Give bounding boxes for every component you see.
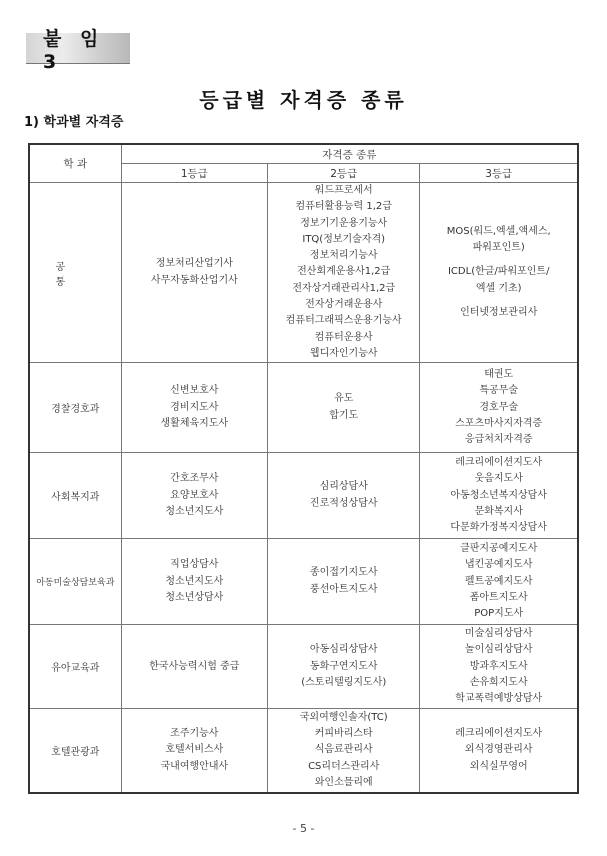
certificate-name: 클판지공예지도사 xyxy=(422,541,575,557)
certificate-name: 사무자동화산업기사 xyxy=(124,273,265,289)
certificate-name: 청소년지도사 xyxy=(124,504,265,520)
certificate-name: 유도 xyxy=(270,391,417,407)
header-grade-2: 2등급 xyxy=(268,164,420,183)
certificate-name: 경비지도사 xyxy=(124,400,265,416)
certificate-name: 국외여행인솔자(TC) xyxy=(270,710,417,726)
certificate-name: 다문화가정복지상담사 xyxy=(422,520,575,536)
certificate-name: 컴퓨터활용능력 1,2급 xyxy=(270,199,417,215)
certificate-name: 응급처치자격증 xyxy=(422,432,575,448)
grade-2-cell: 심리상담사진로적성상담사 xyxy=(268,453,420,539)
grade-3-cell: 태권도특공무술경호무술스포츠마사지자격증응급처치자격증 xyxy=(420,363,578,453)
section-heading: 1) 학과별 자격증 xyxy=(24,111,123,130)
certificate-name: 레크리에이션지도사 xyxy=(422,726,575,742)
certificate-name: 냅킨공예지도사 xyxy=(422,557,575,573)
page-title: 등급별 자격증 종류 xyxy=(0,84,607,113)
certificate-name: 아동청소년복지상담사 xyxy=(422,488,575,504)
header-department: 학 과 xyxy=(29,144,121,183)
department-cell: 아동미술상담보육과 xyxy=(29,539,121,625)
department-cell: 공 통 xyxy=(29,183,121,363)
certificate-name: 조주기능사 xyxy=(124,726,265,742)
certificate-name: 풍선아트지도사 xyxy=(270,582,417,598)
table-row: 호텔관광과조주기능사호텔서비스사국내여행안내사국외여행인솔자(TC)커피바리스타… xyxy=(29,709,578,793)
attachment-badge: 붙 임 3 xyxy=(26,33,130,64)
certificate-name: 직업상담사 xyxy=(124,557,265,573)
grade-3-cell: 미술심리상담사놀이심리상담사방과후지도사손유희지도사학교폭력예방상담사 xyxy=(420,625,578,709)
certificate-name: 합기도 xyxy=(270,408,417,424)
certificate-name: MOS(워드,엑셀,액세스, xyxy=(422,224,575,240)
certificate-name: 국내여행안내사 xyxy=(124,759,265,775)
table-row: 아동미술상담보육과직업상담사청소년지도사청소년상담사종이접기지도사풍선아트지도사… xyxy=(29,539,578,625)
certificate-name: 청소년지도사 xyxy=(124,574,265,590)
certificate-name: 폼아트지도사 xyxy=(422,590,575,606)
certificate-name: 한국사능력시험 중급 xyxy=(124,659,265,675)
certificate-name: 청소년상담사 xyxy=(124,590,265,606)
certificate-name: (스토리텔링지도사) xyxy=(270,675,417,691)
table-row: 공 통정보처리산업기사사무자동화산업기사워드프로세서컴퓨터활용능력 1,2급정보… xyxy=(29,183,578,363)
grade-1-cell: 한국사능력시험 중급 xyxy=(121,625,267,709)
table-row: 유아교육과한국사능력시험 중급아동심리상담사동화구연지도사(스토리텔링지도사)미… xyxy=(29,625,578,709)
header-certificate-types: 자격증 종류 xyxy=(121,144,578,164)
header-grade-3: 3등급 xyxy=(420,164,578,183)
certificate-name: ITQ(정보기술자격) xyxy=(270,232,417,248)
grade-1-cell: 신변보호사경비지도사생활체육지도사 xyxy=(121,363,267,453)
grade-1-cell: 간호조무사요양보호사청소년지도사 xyxy=(121,453,267,539)
header-grade-1: 1등급 xyxy=(121,164,267,183)
certificate-name: 스포츠마사지자격증 xyxy=(422,416,575,432)
certificate-name: 정보처리산업기사 xyxy=(124,256,265,272)
certificate-name: 외식경영관리사 xyxy=(422,742,575,758)
grade-3-cell: 레크리에이션지도사외식경영관리사외식실무영어 xyxy=(420,709,578,793)
certificate-name: 미술심리상담사 xyxy=(422,626,575,642)
certificate-name: 동화구연지도사 xyxy=(270,659,417,675)
certificate-name: 엑셀 기초) xyxy=(422,281,575,297)
grade-3-cell: 클판지공예지도사냅킨공예지도사펠트공예지도사폼아트지도사POP지도사 xyxy=(420,539,578,625)
certificate-name: 전산회계운용사1,2급 xyxy=(270,264,417,280)
certificate-name: 요양보호사 xyxy=(124,488,265,504)
table-row: 사회복지과간호조무사요양보호사청소년지도사심리상담사진로적성상담사레크리에이션지… xyxy=(29,453,578,539)
certificate-name: 전자상거래운용사 xyxy=(270,297,417,313)
grade-1-cell: 직업상담사청소년지도사청소년상담사 xyxy=(121,539,267,625)
certificate-name: 전자상거래관리사1,2급 xyxy=(270,281,417,297)
certificate-table: 학 과 자격증 종류 1등급 2등급 3등급 공 통정보처리산업기사사무자동화산… xyxy=(28,143,579,794)
certificate-name: 태권도 xyxy=(422,367,575,383)
certificate-name: 식음료관리사 xyxy=(270,742,417,758)
certificate-name: 아동심리상담사 xyxy=(270,642,417,658)
certificate-name: 진로적성상담사 xyxy=(270,496,417,512)
certificate-name: 파워포인트) xyxy=(422,240,575,256)
certificate-name: 레크리에이션지도사 xyxy=(422,455,575,471)
certificate-name: 방과후지도사 xyxy=(422,659,575,675)
grade-3-cell: 레크리에이션지도사웃음지도사아동청소년복지상담사문화복지사다문화가정복지상담사 xyxy=(420,453,578,539)
certificate-name xyxy=(422,256,575,264)
certificate-name: 정보기기운용기능사 xyxy=(270,216,417,232)
certificate-name: CS리더스관리사 xyxy=(270,759,417,775)
certificate-name: 인터넷정보관리사 xyxy=(422,305,575,321)
certificate-name: 손유희지도사 xyxy=(422,675,575,691)
department-cell: 호텔관광과 xyxy=(29,709,121,793)
certificate-name: ICDL(한글/파워포인트/ xyxy=(422,264,575,280)
grade-2-cell: 국외여행인솔자(TC)커피바리스타식음료관리사CS리더스관리사와인소믈리에 xyxy=(268,709,420,793)
grade-2-cell: 유도합기도 xyxy=(268,363,420,453)
certificate-name: POP지도사 xyxy=(422,606,575,622)
certificate-name: 커피바리스타 xyxy=(270,726,417,742)
certificate-name: 특공무술 xyxy=(422,383,575,399)
certificate-name: 웹디자인기능사 xyxy=(270,346,417,362)
table-row: 경찰경호과신변보호사경비지도사생활체육지도사유도합기도태권도특공무술경호무술스포… xyxy=(29,363,578,453)
certificate-name: 경호무술 xyxy=(422,400,575,416)
page-number: - 5 - xyxy=(0,822,607,835)
certificate-name: 신변보호사 xyxy=(124,383,265,399)
certificate-name: 외식실무영어 xyxy=(422,759,575,775)
certificate-name: 컴퓨터운용사 xyxy=(270,330,417,346)
certificate-name: 종이접기지도사 xyxy=(270,565,417,581)
grade-1-cell: 정보처리산업기사사무자동화산업기사 xyxy=(121,183,267,363)
certificate-name: 심리상담사 xyxy=(270,479,417,495)
grade-1-cell: 조주기능사호텔서비스사국내여행안내사 xyxy=(121,709,267,793)
certificate-name: 학교폭력예방상담사 xyxy=(422,691,575,707)
certificate-name: 정보처리기능사 xyxy=(270,248,417,264)
certificate-name: 놀이심리상담사 xyxy=(422,642,575,658)
certificate-name: 웃음지도사 xyxy=(422,471,575,487)
department-cell: 유아교육과 xyxy=(29,625,121,709)
certificate-name: 워드프로세서 xyxy=(270,183,417,199)
certificate-name: 와인소믈리에 xyxy=(270,775,417,791)
certificate-name: 문화복지사 xyxy=(422,504,575,520)
department-cell: 사회복지과 xyxy=(29,453,121,539)
certificate-name xyxy=(422,297,575,305)
certificate-name: 생활체육지도사 xyxy=(124,416,265,432)
certificate-name: 간호조무사 xyxy=(124,471,265,487)
grade-3-cell: MOS(워드,엑셀,액세스,파워포인트)ICDL(한글/파워포인트/엑셀 기초)… xyxy=(420,183,578,363)
grade-2-cell: 종이접기지도사풍선아트지도사 xyxy=(268,539,420,625)
grade-2-cell: 아동심리상담사동화구연지도사(스토리텔링지도사) xyxy=(268,625,420,709)
certificate-name: 컴퓨터그래픽스운용기능사 xyxy=(270,313,417,329)
certificate-name: 호텔서비스사 xyxy=(124,742,265,758)
department-cell: 경찰경호과 xyxy=(29,363,121,453)
certificate-name: 펠트공예지도사 xyxy=(422,574,575,590)
grade-2-cell: 워드프로세서컴퓨터활용능력 1,2급정보기기운용기능사ITQ(정보기술자격)정보… xyxy=(268,183,420,363)
